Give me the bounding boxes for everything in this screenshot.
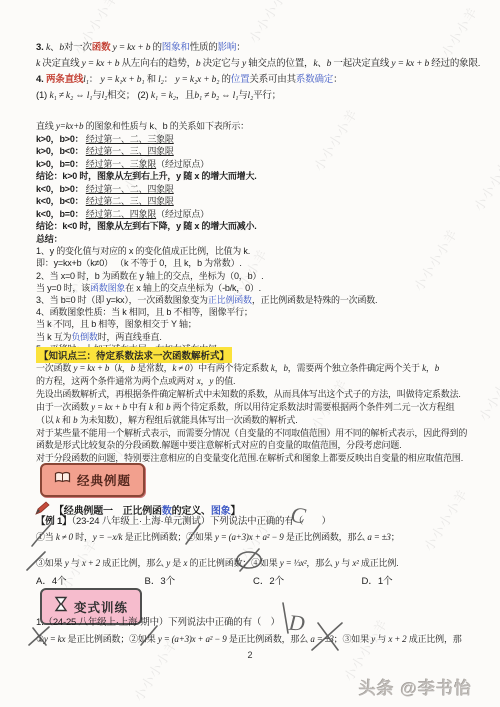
summary-line: 即：y=kx+b（k≠0） （k 不等于 0，且 k，b 为常数）.: [36, 257, 470, 269]
section-kb-effect: 3. k、b对一次函数 y = kx + b 的图象和性质的影响： k 决定直线…: [36, 40, 470, 104]
answer-choices-row: A．4个 B．3个 C．2个 D．1个: [36, 573, 470, 587]
summary-line: 3、当 b=0 时（即 y=kx），一次函数图象变为正比例函数，正比例函数是特殊…: [36, 294, 470, 306]
section-knowledge-point-3: 一次函数 y = kx + b（k，b 是常数，k ≠ 0）中有两个待定系数 k…: [36, 362, 470, 465]
table-line: k>0，b>0： 经过第一、二、三象限: [36, 133, 470, 146]
watermark-text: 小小小小羊: [473, 355, 500, 424]
classic-examples-badge: 经典例题: [40, 463, 145, 497]
choice-c: C．2个: [253, 573, 362, 587]
example-statements-3-4: ③如果 y 与 x + 2 成正比例，那么 y 是 x 的正比例函数；④如果 y…: [36, 556, 470, 569]
note-line: 3. k、b对一次函数 y = kx + b 的图象和性质的影响：: [36, 40, 470, 56]
page-number: 2: [0, 650, 500, 660]
variation-training-label: 变式训练: [74, 598, 128, 616]
table-line: 直线 y=kx+b 的图象和性质与 k、b 的关系如下表所示：: [36, 120, 470, 133]
example-statement-line: ③如果 y 与 x + 2 成正比例，那么 y 是 x 的正比例函数；④如果 y…: [36, 556, 470, 569]
example-problem: 【例 1】（23-24 八年级上·上海·单元测试）下列说法中正确的有（ ）: [36, 513, 470, 527]
summary-line: 1、y 的变化值与对应的 x 的变化值成正比例，比值为 k.: [36, 245, 470, 257]
variation-statements: ①y = kx 是正比例函数；②如果 y = (a+3)x + a² − 9 是…: [36, 632, 470, 645]
choice-b: B．3个: [145, 573, 254, 587]
kp3-line: 由于一次函数 y = kx + b 中有 k 和 b 两个待定系数，所以用待定系…: [36, 401, 470, 414]
summary-line: 当 k 互为负倒数时，两直线垂直.: [36, 331, 470, 343]
summary-line: 当 y=0 时，该函数图象在 x 轴上的交点坐标为（-b/k，0）.: [36, 282, 470, 294]
kp3-line: 一次函数 y = kx + b（k，b 是常数，k ≠ 0）中有两个待定系数 k…: [36, 362, 470, 375]
table-conclusion: 结论：k>0 时，图象从左到右上升，y 随 x 的增大而增大.: [36, 170, 470, 183]
section-quadrant-table: 直线 y=kx+b 的图象和性质与 k、b 的关系如下表所示： k>0，b>0：…: [36, 120, 470, 233]
summary-line: 4、函数图象性质：当 k 相同，且 b 不相等，图像平行；: [36, 306, 470, 318]
example-statement-line: ①当 k ≠ 0 时，y = −x/k 是正比例函数；②如果 y = (a+3)…: [36, 530, 470, 543]
table-line: k<0，b<0： 经过第二、三、四象限: [36, 195, 470, 208]
summary-line: 当 k 不同，且 b 相等，图象相交于 Y 轴；: [36, 318, 470, 330]
example-problem-text: 【例 1】（23-24 八年级上·上海·单元测试）下列说法中正确的有（ ）: [36, 513, 470, 527]
document-page: 小小小小羊 小小小小羊 小小小小羊 小小小小羊 小小小小羊 小小小小羊 小小小小…: [0, 0, 500, 707]
variation-statement-line: ①y = kx 是正比例函数；②如果 y = (a+3)x + a² − 9 是…: [36, 632, 470, 645]
note-line: (1) k₁ ≠ k₂ ⇔ l₁与l₂相交； (2) k₁ = k₂，且b₁ ≠…: [36, 88, 470, 104]
note-line: 4. 两条直线l₁： y = k₁x + b₁ 和 l₂： y = k₂x + …: [36, 72, 470, 88]
section-summary: 总结： 1、y 的变化值与对应的 x 的变化值成正比例，比值为 k. 即：y=k…: [36, 233, 470, 355]
classic-examples-label: 经典例题: [77, 471, 131, 489]
choice-d: D．1个: [362, 573, 471, 587]
watermark-text: 小小小小羊: [468, 145, 500, 214]
kp3-line: 先设出函数解析式，再根据条件确定解析式中未知数的系数，从而具体写出这个式子的方法…: [36, 388, 470, 401]
highlighted-title: 【知识点三：待定系数法求一次函数解析式】: [36, 347, 232, 363]
kp3-line: 函数是形式比较复杂的分段函数.解题中要注意解析式对应的自变量的取值范围，分段考虑…: [36, 439, 470, 452]
book-icon: [54, 471, 71, 489]
table-line: k>0，b<0： 经过第一、三、四象限: [36, 145, 470, 158]
kp3-line: 对于某些量不能用一个解析式表示，而需要分情况（自变量的不同取值范围）用不同的解析…: [36, 427, 470, 440]
credit-watermark: 头条 @李书怡: [359, 674, 472, 699]
table-conclusion: 结论：k<0 时，图象从左到右下降，y 随 x 的增大而减小.: [36, 220, 470, 233]
example-statements-1-2: ①当 k ≠ 0 时，y = −x/k 是正比例函数；②如果 y = (a+3)…: [36, 530, 470, 543]
knowledge-point-header: 【知识点三：待定系数法求一次函数解析式】: [36, 347, 470, 363]
summary-line: 2、当 x=0 时，b 为函数在 y 轴上的交点，坐标为（0，b）.: [36, 270, 470, 282]
choice-a: A．4个: [36, 573, 145, 587]
kp3-line: 的方程，这两个条件通常为两个点或两对 x，y 的值.: [36, 375, 470, 388]
variation-problem: 1.（24-25 八年级上·上海·期中）下列说法中正确的有（ ）: [36, 614, 470, 628]
variation-problem-text: 1.（24-25 八年级上·上海·期中）下列说法中正确的有（ ）: [36, 614, 470, 628]
table-line: k<0，b>0： 经过第一、二、四象限: [36, 183, 470, 196]
summary-title: 总结：: [36, 233, 470, 245]
kp3-line: （以 k 和 b 为未知数），解方程组后就能具体写出一次函数的解析式.: [36, 414, 470, 427]
note-line: k 决定直线 y = kx + b 从左向右的趋势，b 决定它与 y 轴交点的位…: [36, 56, 470, 72]
table-line: k>0，b=0： 经过第一、三象限（经过原点）: [36, 158, 470, 171]
table-line: k<0，b=0： 经过第二、四象限（经过原点）: [36, 208, 470, 221]
watermark-text: 小小小小羊: [128, 635, 181, 704]
